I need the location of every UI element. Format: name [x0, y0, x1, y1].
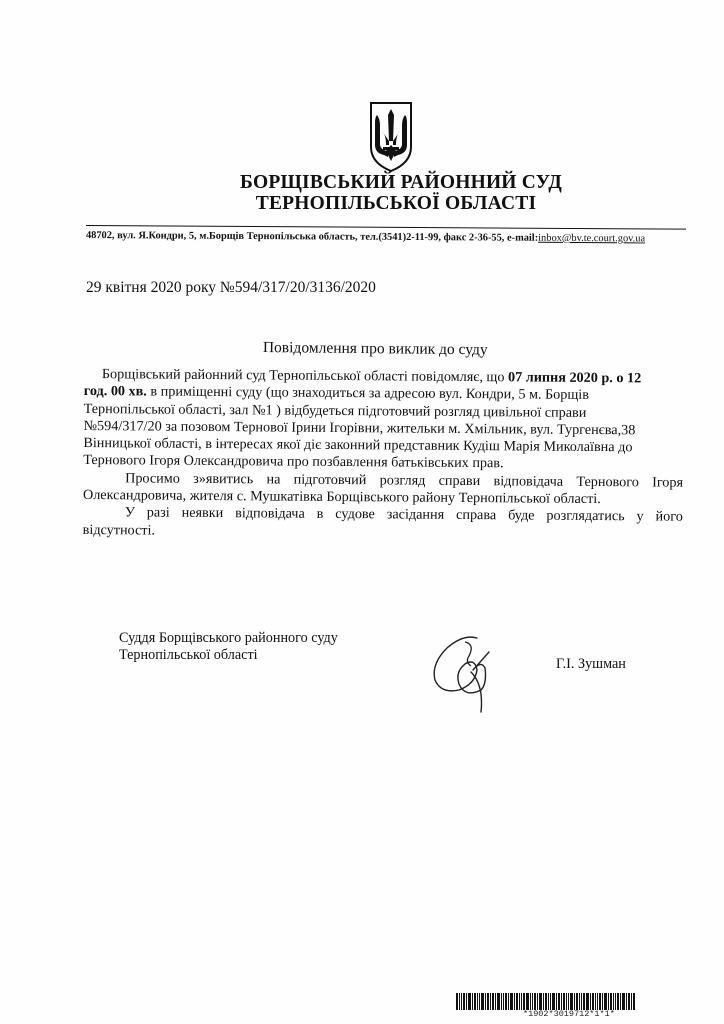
position-line2: Тернопільської області	[119, 647, 338, 664]
word: Ігоря	[652, 474, 683, 492]
word: справа	[456, 507, 496, 525]
court-name-line2: ТЕРНОПІЛЬСЬКОЇ ОБЛАСТІ	[244, 193, 548, 215]
word: його	[656, 509, 683, 527]
position-line1: Суддя Борщівського районного суду	[119, 630, 338, 647]
court-name-line1: БОРЩІВСЬКИЙ РАЙОННИЙ СУД	[240, 172, 544, 194]
word: на	[266, 471, 280, 488]
word: відповідача	[235, 506, 305, 524]
word: справи	[439, 473, 481, 491]
hearing-date: 07 липня 2020 р. о 12	[508, 369, 641, 386]
barcode-number: *1902*3019712*1*1*	[523, 1009, 615, 1019]
word: розглядатись	[546, 508, 624, 526]
text: в приміщенні суду (що знаходиться за адр…	[147, 384, 589, 403]
word: разі	[147, 505, 170, 522]
word: судове	[335, 506, 375, 524]
signatory-position: Суддя Борщівського районного суду Терноп…	[119, 630, 338, 664]
hearing-time: год. 00 хв.	[84, 383, 147, 399]
judge-name: Г.І. Зушман	[556, 656, 626, 673]
word: Просимо	[125, 470, 180, 488]
court-address: 48702, вул. Я.Кондри, 5, м.Борщів Терноп…	[86, 230, 645, 244]
word: в	[317, 506, 324, 523]
word: відповідача	[493, 473, 563, 491]
word: засідання	[387, 507, 445, 525]
word: підготовчий	[294, 471, 367, 489]
word: У	[125, 505, 135, 522]
trident-coat-of-arms-icon	[368, 101, 414, 173]
word: з»явитись	[193, 471, 253, 489]
header-divider	[86, 225, 686, 230]
address-text: 48702, вул. Я.Кондри, 5, м.Борщів Терноп…	[86, 230, 538, 244]
reference-line: 29 квітня 2020 року №594/317/20/3136/202…	[86, 279, 376, 297]
document-page: БОРЩІВСЬКИЙ РАЙОННИЙ СУД ТЕРНОПІЛЬСЬКОЇ …	[0, 0, 724, 1024]
document-date: 29 квітня 2020 року	[86, 279, 216, 296]
word: у	[636, 509, 643, 526]
text: Борщівський районний суд Тернопільської …	[102, 366, 508, 385]
document-number: №594/317/20/3136/2020	[220, 279, 376, 296]
word: Тернового	[576, 474, 639, 492]
handwritten-signature-icon	[425, 628, 510, 713]
document-title: Повідомлення про виклик до суду	[263, 339, 488, 359]
word: буде	[508, 508, 535, 526]
document-body: Борщівський районний суд Тернопільської …	[83, 366, 704, 544]
word: неявки	[182, 505, 224, 523]
word: розгляд	[380, 472, 426, 490]
barcode	[456, 993, 688, 1010]
email-link[interactable]: inbox@bv.te.court.gov.ua	[538, 233, 645, 245]
